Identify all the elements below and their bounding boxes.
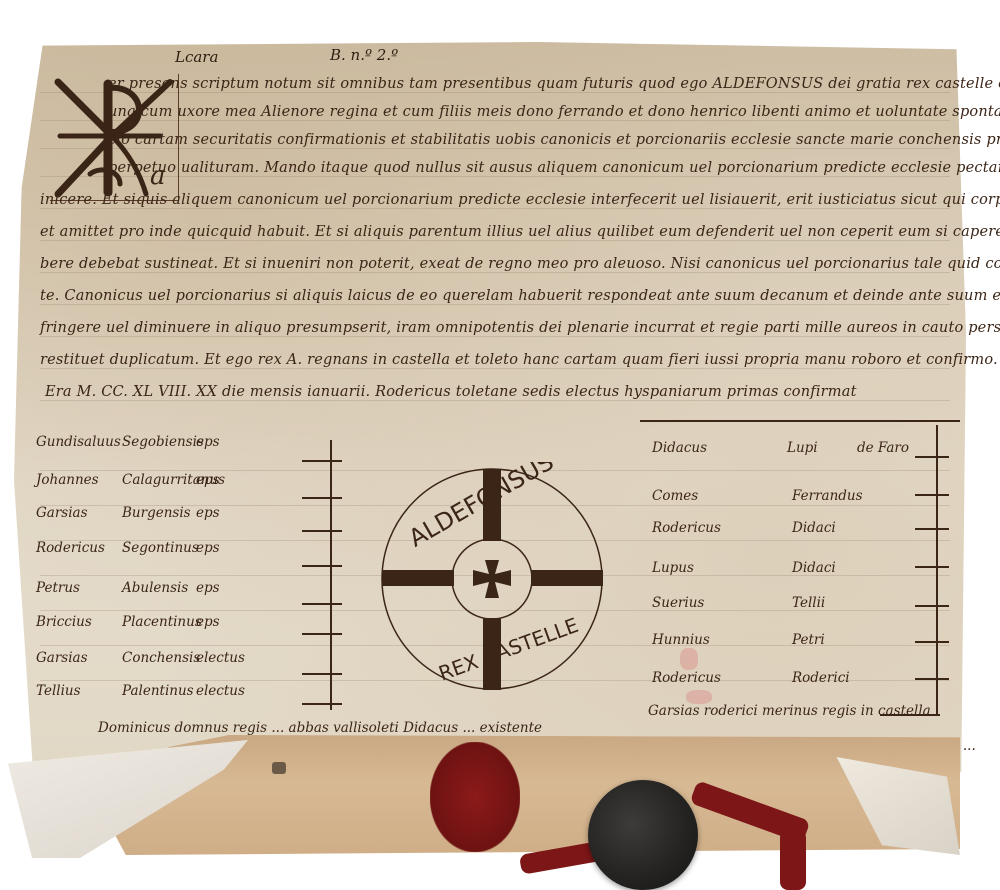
text-line: inicere. Et siquis aliquem canonicum uel… [40,192,1000,208]
cross-pattee-icon [473,560,511,598]
red-silk-cord [780,830,806,890]
red-silk-tassel [430,742,520,852]
bottom-line-left: Dominicus domnus regis ... abbas valliso… [98,720,542,736]
text-line: perpetuo ualituram. Mando itaque quod nu… [108,160,1000,176]
text-line: fringere uel diminuere in aliquo presump… [40,320,1000,336]
text-line: te. Canonicus uel porcionarius si aliqui… [40,288,1000,304]
text-line: Era M. CC. XL VIII. XX die mensis ianuar… [45,384,857,400]
text-line: bere debebat sustineat. Et si inueniri n… [40,256,1000,272]
shelfmark-right: B. n.º 2.º [330,46,398,64]
lead-seal [588,780,698,890]
text-line: una cum uxore mea Alienore regina et cum… [108,104,1000,120]
text-line: er presens scriptum notum sit omnibus ta… [108,76,1000,92]
shelfmark-left: Lcara [175,48,218,66]
rota-signum: ALDEFONSUS REX CASTELLE [375,462,610,697]
text-line: restituet duplicatum. Et ego rex A. regn… [40,352,1000,368]
red-stain [686,690,712,704]
text-line: cio cartam securitatis confirmationis et… [108,132,1000,148]
plica-hole [272,762,286,774]
svg-text:REX CASTELLE: REX CASTELLE [435,613,581,686]
svg-text:ALDEFONSUS: ALDEFONSUS [404,462,558,553]
text-line: et amittet pro inde quicquid habuit. Et … [40,224,1000,240]
red-stain [680,648,698,670]
